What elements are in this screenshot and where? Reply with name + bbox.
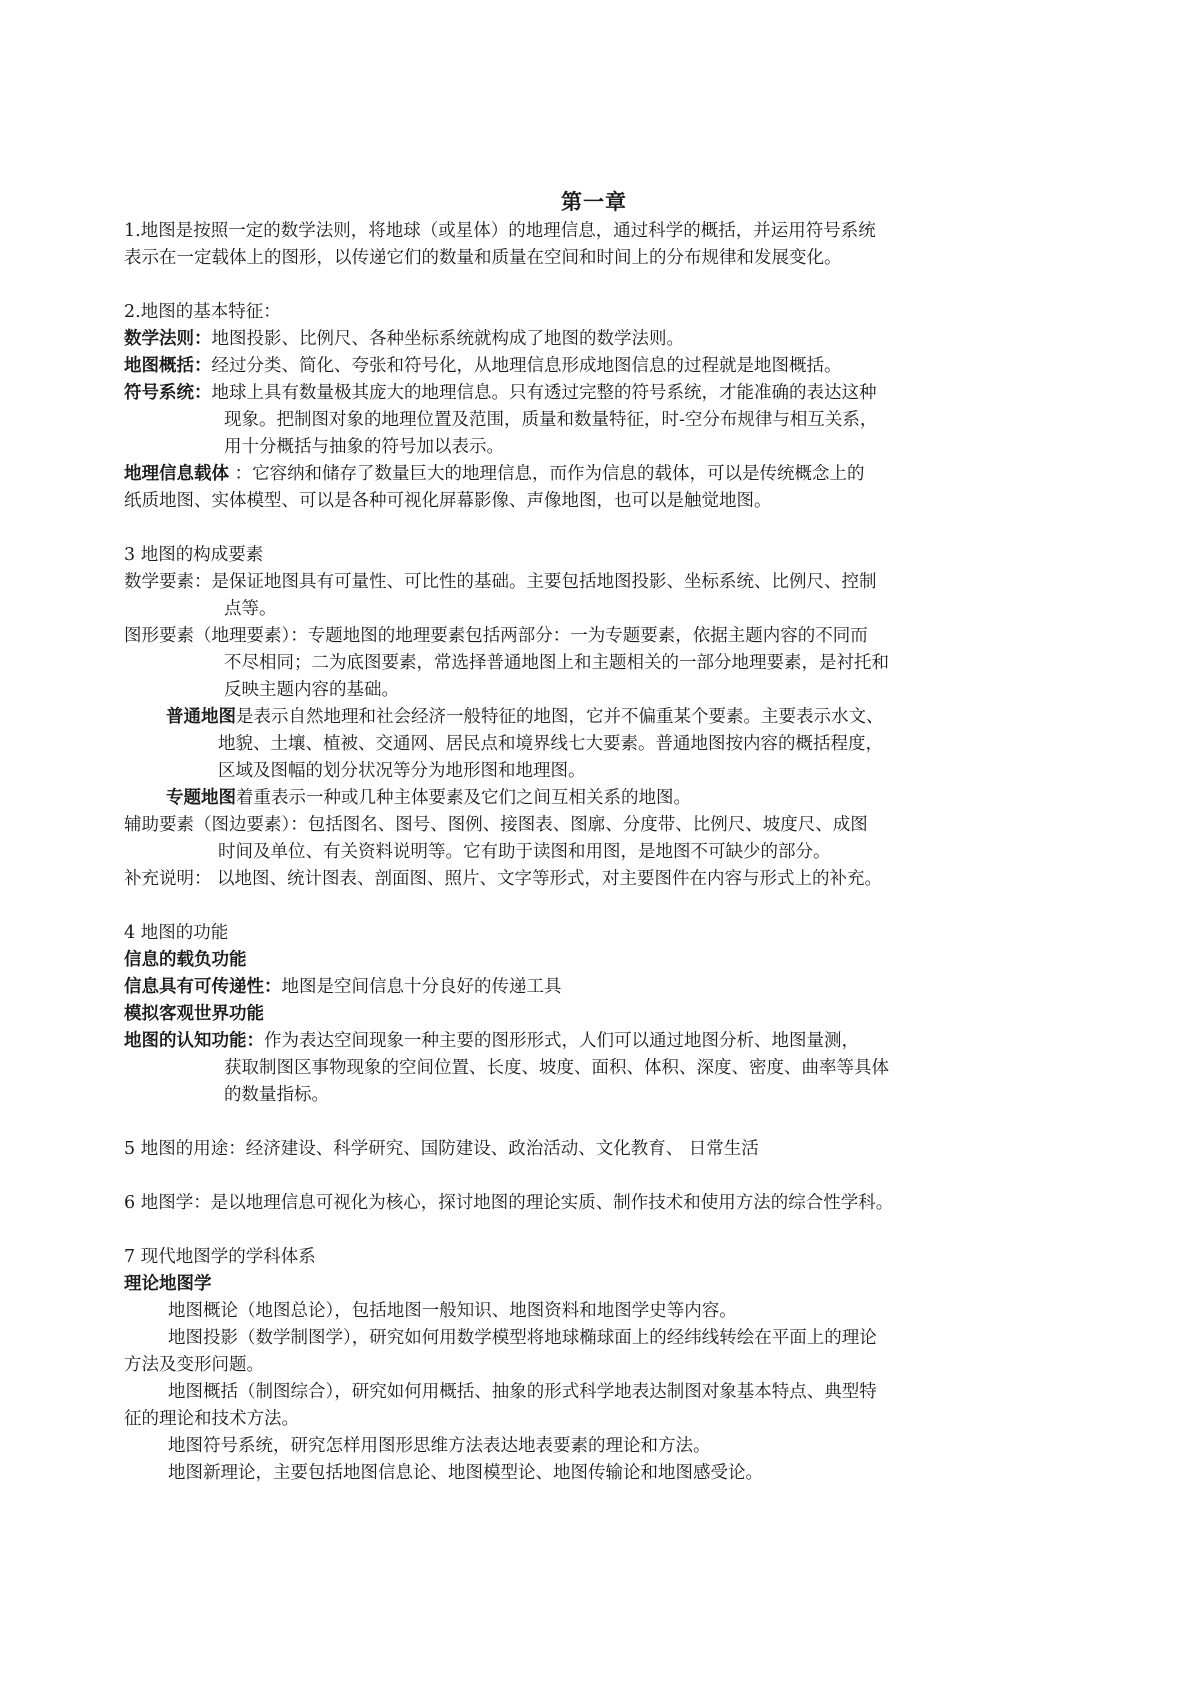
- function-cognitive-l2: 获取制图区事物现象的空间位置、长度、坡度、面积、体积、深度、密度、曲率等具体: [224, 1055, 889, 1082]
- feature-symbols: 符号系统：地球上具有数量极其庞大的地理信息。只有透过完整的符号系统，才能准确的表…: [124, 380, 877, 407]
- feature-carrier-l2: 纸质地图、实体模型、可以是各种可视化屏幕影像、声像地图，也可以是触觉地图。: [124, 488, 772, 515]
- definition-line-1: 1.地图是按照一定的数学法则，将地球（或星体）的地理信息，通过科学的概括，并运用…: [124, 218, 876, 245]
- feature-generalization: 地图概括：经过分类、简化、夸张和符号化，从地理信息形成地图信息的过程就是地图概括…: [124, 353, 842, 380]
- element-math: 数学要素：是保证地图具有可量性、可比性的基础。主要包括地图投影、坐标系统、比例尺…: [124, 569, 877, 596]
- feature-math: 数学法则：地图投影、比例尺、各种坐标系统就构成了地图的数学法则。: [124, 326, 684, 353]
- chapter-title: 第一章: [124, 186, 1064, 216]
- term: 地理信息载体: [124, 464, 229, 484]
- term: 信息具有可传递性：: [124, 977, 282, 997]
- definition-line-2: 表示在一定载体上的图形，以传递它们的数量和质量在空间和时间上的分布规律和发展变化…: [124, 245, 842, 272]
- thematic-map: 专题地图着重表示一种或几种主体要素及它们之间互相关系的地图。: [166, 785, 691, 812]
- theory-cartography-heading: 理论地图学: [124, 1271, 212, 1298]
- section-6-cartography: 6 地图学：是以地理信息可视化为核心，探讨地图的理论实质、制作技术和使用方法的综…: [124, 1190, 893, 1217]
- section-5-uses: 5 地图的用途：经济建设、科学研究、国防建设、政治活动、文化教育、 日常生活: [124, 1136, 759, 1163]
- element-math-l2: 点等。: [224, 596, 277, 623]
- term: 地图概括：: [124, 356, 212, 376]
- section-3-heading: 3 地图的构成要素: [124, 542, 263, 569]
- term: 地图的认知功能：: [124, 1031, 264, 1051]
- theory-item-5: 地图新理论，主要包括地图信息论、地图模型论、地图传输论和地图感受论。: [168, 1460, 763, 1487]
- element-graphic-l2: 不尽相同；二为底图要素，常选择普通地图上和主题相关的一部分地理要素，是衬托和: [224, 650, 889, 677]
- term: 数学法则：: [124, 329, 212, 349]
- function-cognitive: 地图的认知功能：作为表达空间现象一种主要的图形形式，人们可以通过地图分析、地图量…: [124, 1028, 859, 1055]
- term: 专题地图: [166, 788, 236, 808]
- function-cognitive-l3: 的数量指标。: [224, 1082, 329, 1109]
- theory-item-3-l2: 征的理论和技术方法。: [124, 1406, 299, 1433]
- theory-item-3: 地图概括（制图综合），研究如何用概括、抽象的形式科学地表达制图对象基本特点、典型…: [168, 1379, 877, 1406]
- element-graphic-l3: 反映主题内容的基础。: [224, 677, 399, 704]
- feature-symbols-l2: 现象。把制图对象的地理位置及范围，质量和数量特征，时-空分布规律与相互关系，: [224, 407, 877, 434]
- element-supplement: 补充说明： 以地图、统计图表、剖面图、照片、文字等形式，对主要图件在内容与形式上…: [124, 866, 882, 893]
- section-2-heading: 2.地图的基本特征：: [124, 299, 281, 326]
- general-map: 普通地图是表示自然地理和社会经济一般特征的地图，它并不偏重某个要素。主要表示水文…: [166, 704, 884, 731]
- element-auxiliary-l2: 时间及单位、有关资料说明等。它有助于读图和用图，是地图不可缺少的部分。: [218, 839, 831, 866]
- section-4-heading: 4 地图的功能: [124, 920, 228, 947]
- element-graphic: 图形要素（地理要素）：专题地图的地理要素包括两部分：一为专题要素，依据主题内容的…: [124, 623, 868, 650]
- function-carrying: 信息的载负功能: [124, 947, 247, 974]
- general-map-l3: 区域及图幅的划分状况等分为地形图和地理图。: [218, 758, 586, 785]
- section-7-heading: 7 现代地图学的学科体系: [124, 1244, 316, 1271]
- function-simulate: 模拟客观世界功能: [124, 1001, 264, 1028]
- general-map-l2: 地貌、土壤、植被、交通网、居民点和境界线七大要素。普通地图按内容的概括程度，: [218, 731, 883, 758]
- element-auxiliary: 辅助要素（图边要素）：包括图名、图号、图例、接图表、图廓、分度带、比例尺、坡度尺…: [124, 812, 868, 839]
- theory-item-4: 地图符号系统，研究怎样用图形思维方法表达地表要素的理论和方法。: [168, 1433, 711, 1460]
- feature-carrier: 地理信息载体 ：它容纳和储存了数量巨大的地理信息，而作为信息的载体，可以是传统概…: [124, 461, 865, 488]
- term: 符号系统：: [124, 383, 212, 403]
- feature-symbols-l3: 用十分概括与抽象的符号加以表示。: [224, 434, 504, 461]
- theory-item-2-l2: 方法及变形问题。: [124, 1352, 264, 1379]
- function-transmit: 信息具有可传递性：地图是空间信息十分良好的传递工具: [124, 974, 562, 1001]
- theory-item-1: 地图概论（地图总论），包括地图一般知识、地图资料和地图学史等内容。: [168, 1298, 737, 1325]
- term: 普通地图: [166, 707, 236, 727]
- theory-item-2: 地图投影（数学制图学），研究如何用数学模型将地球椭球面上的经纬线转绘在平面上的理…: [168, 1325, 877, 1352]
